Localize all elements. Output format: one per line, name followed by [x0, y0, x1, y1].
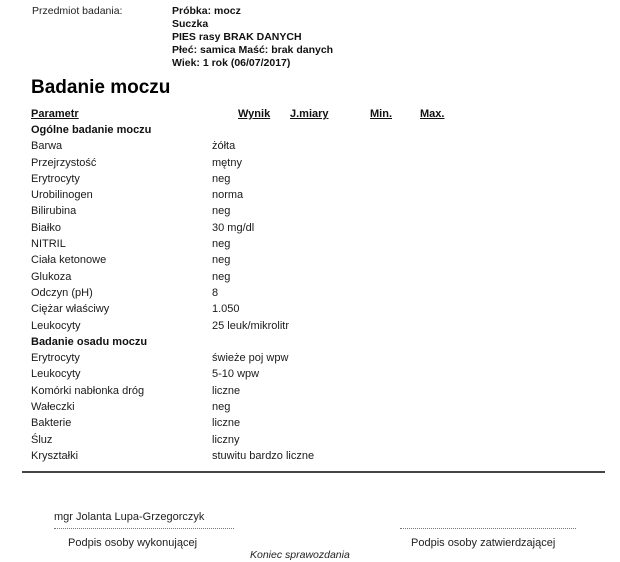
parameter-name: Ciała ketonowe — [31, 252, 106, 268]
parameter-name: Komórki nabłonka dróg — [31, 383, 144, 399]
parameter-name: Białko — [31, 220, 61, 236]
table-row: Barważółta — [31, 138, 591, 154]
result-value: neg — [212, 203, 230, 219]
parameter-name: Leukocyty — [31, 366, 81, 382]
result-value: 30 mg/dl — [212, 220, 254, 236]
result-value: mętny — [212, 155, 242, 171]
result-value: liczne — [212, 383, 240, 399]
parameter-name: NITRIL — [31, 236, 66, 252]
table-row: Odczyn (pH)8 — [31, 285, 591, 301]
parameter-name: Śluz — [31, 432, 52, 448]
table-row: Glukozaneg — [31, 269, 591, 285]
subject-details: Próbka: mocz Suczka PIES rasy BRAK DANYC… — [172, 5, 333, 70]
approver-signature-label: Podpis osoby zatwierdzającej — [411, 537, 555, 549]
header-unit: J.miary — [290, 108, 329, 120]
table-row: Kryształkistuwitu bardzo liczne — [31, 448, 591, 464]
parameter-name: Erytrocyty — [31, 171, 80, 187]
header-result: Wynik — [238, 108, 270, 120]
result-value: stuwitu bardzo liczne — [212, 448, 314, 464]
performer-signature-line — [54, 528, 234, 529]
table-row: Urobilinogennorma — [31, 187, 591, 203]
parameter-name: Urobilinogen — [31, 187, 93, 203]
performer-signature-label: Podpis osoby wykonującej — [68, 537, 197, 549]
parameter-name: Glukoza — [31, 269, 71, 285]
parameter-name: Wałeczki — [31, 399, 75, 415]
header-max: Max. — [420, 108, 444, 120]
header-min: Min. — [370, 108, 392, 120]
signer-name: mgr Jolanta Lupa-Grzegorczyk — [54, 511, 204, 523]
parameter-name: Kryształki — [31, 448, 78, 464]
table-row: NITRILneg — [31, 236, 591, 252]
result-value: liczne — [212, 415, 240, 431]
parameter-name: Bakterie — [31, 415, 71, 431]
result-value: neg — [212, 236, 230, 252]
species-breed-line: PIES rasy BRAK DANYCH — [172, 31, 333, 44]
result-value: 5-10 wpw — [212, 366, 259, 382]
sample-line: Próbka: mocz — [172, 5, 333, 18]
parameter-name: Erytrocyty — [31, 350, 80, 366]
table-row: Leukocyty25 leuk/mikrolitr — [31, 318, 591, 334]
parameter-name: Barwa — [31, 138, 62, 154]
result-value: norma — [212, 187, 243, 203]
report-title: Badanie moczu — [31, 77, 170, 99]
result-value: żółta — [212, 138, 235, 154]
result-value: świeże poj wpw — [212, 350, 288, 366]
result-value: neg — [212, 269, 230, 285]
table-row: Leukocyty5-10 wpw — [31, 366, 591, 382]
result-value: neg — [212, 171, 230, 187]
section-header-row: Badanie osadu moczu — [31, 334, 591, 350]
parameter-name: Ciężar właściwy — [31, 301, 109, 317]
table-row: Przejrzystośćmętny — [31, 155, 591, 171]
table-row: Erytrocytyneg — [31, 171, 591, 187]
table-row: Ciała ketonoweneg — [31, 252, 591, 268]
sex-color-line: Płeć: samica Maść: brak danych — [172, 44, 333, 57]
table-row: Bakterieliczne — [31, 415, 591, 431]
parameter-name: Przejrzystość — [31, 155, 96, 171]
animal-name-line: Suczka — [172, 18, 333, 31]
result-value: 8 — [212, 285, 218, 301]
divider-line — [22, 471, 605, 473]
result-value: liczny — [212, 432, 240, 448]
result-value: neg — [212, 399, 230, 415]
section-title: Ogólne badanie moczu — [31, 122, 151, 138]
report-end-text: Koniec sprawozdania — [250, 549, 350, 561]
result-value: neg — [212, 252, 230, 268]
table-row: Bilirubinaneg — [31, 203, 591, 219]
result-value: 25 leuk/mikrolitr — [212, 318, 289, 334]
table-row: Białko30 mg/dl — [31, 220, 591, 236]
section-title: Badanie osadu moczu — [31, 334, 147, 350]
header-parameter: Parametr — [31, 108, 79, 120]
parameter-name: Odczyn (pH) — [31, 285, 93, 301]
table-row: Komórki nabłonka drógliczne — [31, 383, 591, 399]
table-row: Erytrocytyświeże poj wpw — [31, 350, 591, 366]
result-value: 1.050 — [212, 301, 240, 317]
table-row: Ciężar właściwy1.050 — [31, 301, 591, 317]
parameter-name: Leukocyty — [31, 318, 81, 334]
parameter-name: Bilirubina — [31, 203, 76, 219]
section-header-row: Ogólne badanie moczu — [31, 122, 591, 138]
results-table: Ogólne badanie moczuBarważółtaPrzejrzyst… — [31, 122, 591, 464]
age-line: Wiek: 1 rok (06/07/2017) — [172, 57, 333, 70]
table-row: Śluzliczny — [31, 432, 591, 448]
approver-signature-line — [400, 528, 576, 529]
table-row: Wałeczkineg — [31, 399, 591, 415]
subject-label: Przedmiot badania: — [32, 5, 122, 17]
